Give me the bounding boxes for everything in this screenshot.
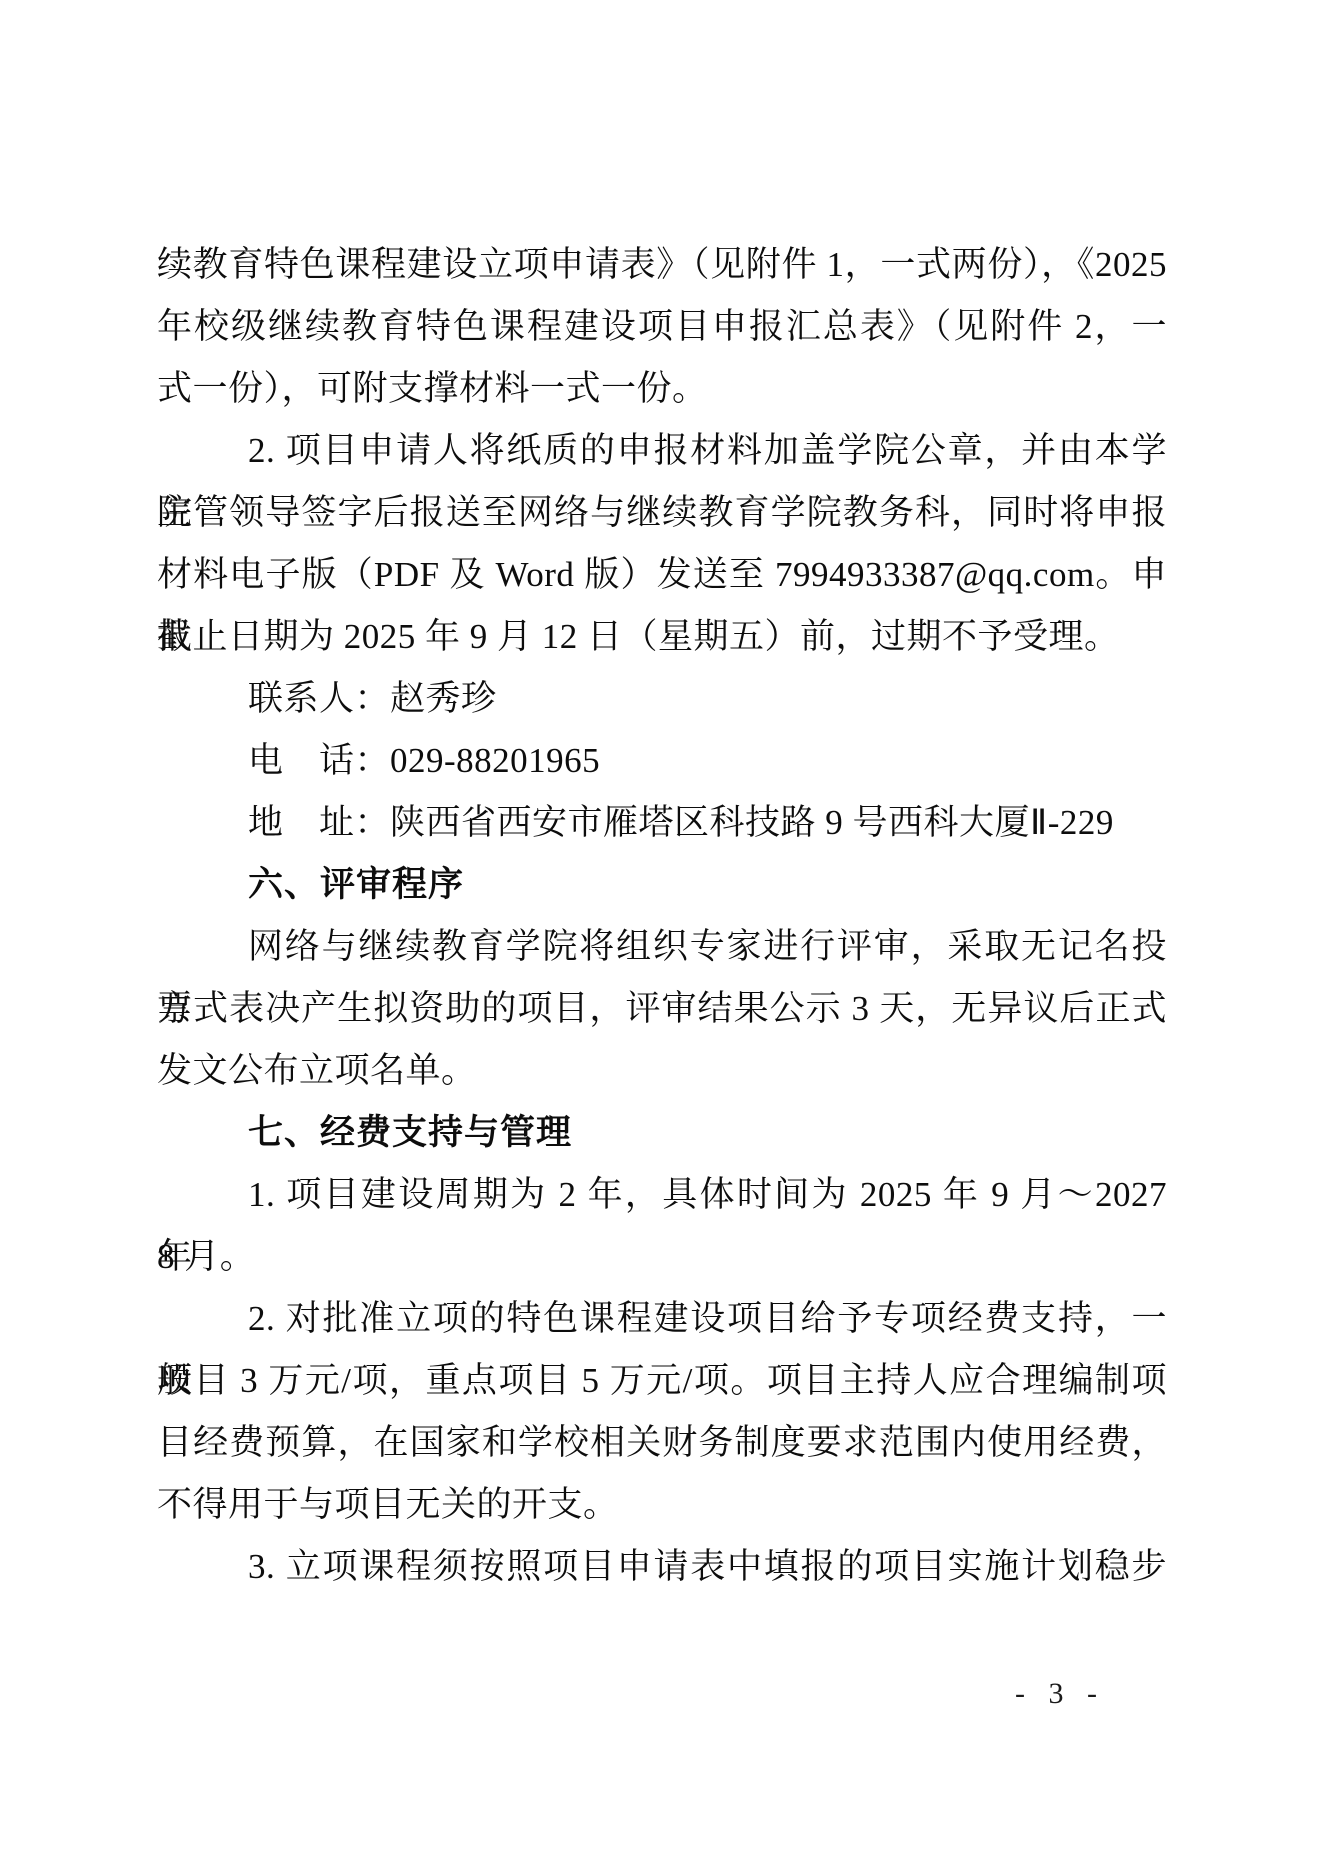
text-line: 1. 项目建设周期为 2 年，具体时间为 2025 年 9 月～2027 年	[157, 1164, 1167, 1226]
text-line: 式一份），可附支撑材料一式一份。	[157, 358, 1167, 420]
text-line: 主管领导签字后报送至网络与继续教育学院教务科，同时将申报	[157, 482, 1167, 544]
contact-person-line: 联系人：赵秀珍	[157, 668, 1167, 730]
text-line: 发文公布立项名单。	[157, 1040, 1167, 1102]
contact-address-line: 地 址：陕西省西安市雁塔区科技路 9 号西科大厦Ⅱ-229	[157, 792, 1167, 854]
text-line: 8 月。	[157, 1226, 1167, 1288]
text-line: 截止日期为 2025 年 9 月 12 日（星期五）前，过期不予受理。	[157, 606, 1167, 668]
page-number: - 3 -	[985, 1674, 1135, 1714]
text-line: 年校级继续教育特色课程建设项目申报汇总表》（见附件 2，一	[157, 296, 1167, 358]
text-line: 项目 3 万元/项，重点项目 5 万元/项。项目主持人应合理编制项	[157, 1350, 1167, 1412]
text-line: 材料电子版（PDF 及 Word 版）发送至 7994933387@qq.com…	[157, 544, 1167, 606]
text-line: 2. 对批准立项的特色课程建设项目给予专项经费支持，一般	[157, 1288, 1167, 1350]
text-line: 不得用于与项目无关的开支。	[157, 1474, 1167, 1536]
document-page: 续教育特色课程建设立项申请表》（见附件 1，一式两份），《2025 年校级继续教…	[0, 0, 1322, 1871]
section-heading-7: 七、经费支持与管理	[157, 1102, 1167, 1164]
text-line: 网络与继续教育学院将组织专家进行评审，采取无记名投票	[157, 916, 1167, 978]
contact-phone-line: 电 话：029-88201965	[157, 730, 1167, 792]
text-line: 目经费预算，在国家和学校相关财务制度要求范围内使用经费，	[157, 1412, 1167, 1474]
document-body: 续教育特色课程建设立项申请表》（见附件 1，一式两份），《2025 年校级继续教…	[157, 234, 1167, 1598]
section-heading-6: 六、评审程序	[157, 854, 1167, 916]
text-line: 方式表决产生拟资助的项目，评审结果公示 3 天，无异议后正式	[157, 978, 1167, 1040]
text-line: 3. 立项课程须按照项目申请表中填报的项目实施计划稳步	[157, 1536, 1167, 1598]
text-line: 2. 项目申请人将纸质的申报材料加盖学院公章，并由本学院	[157, 420, 1167, 482]
text-line: 续教育特色课程建设立项申请表》（见附件 1，一式两份），《2025	[157, 234, 1167, 296]
